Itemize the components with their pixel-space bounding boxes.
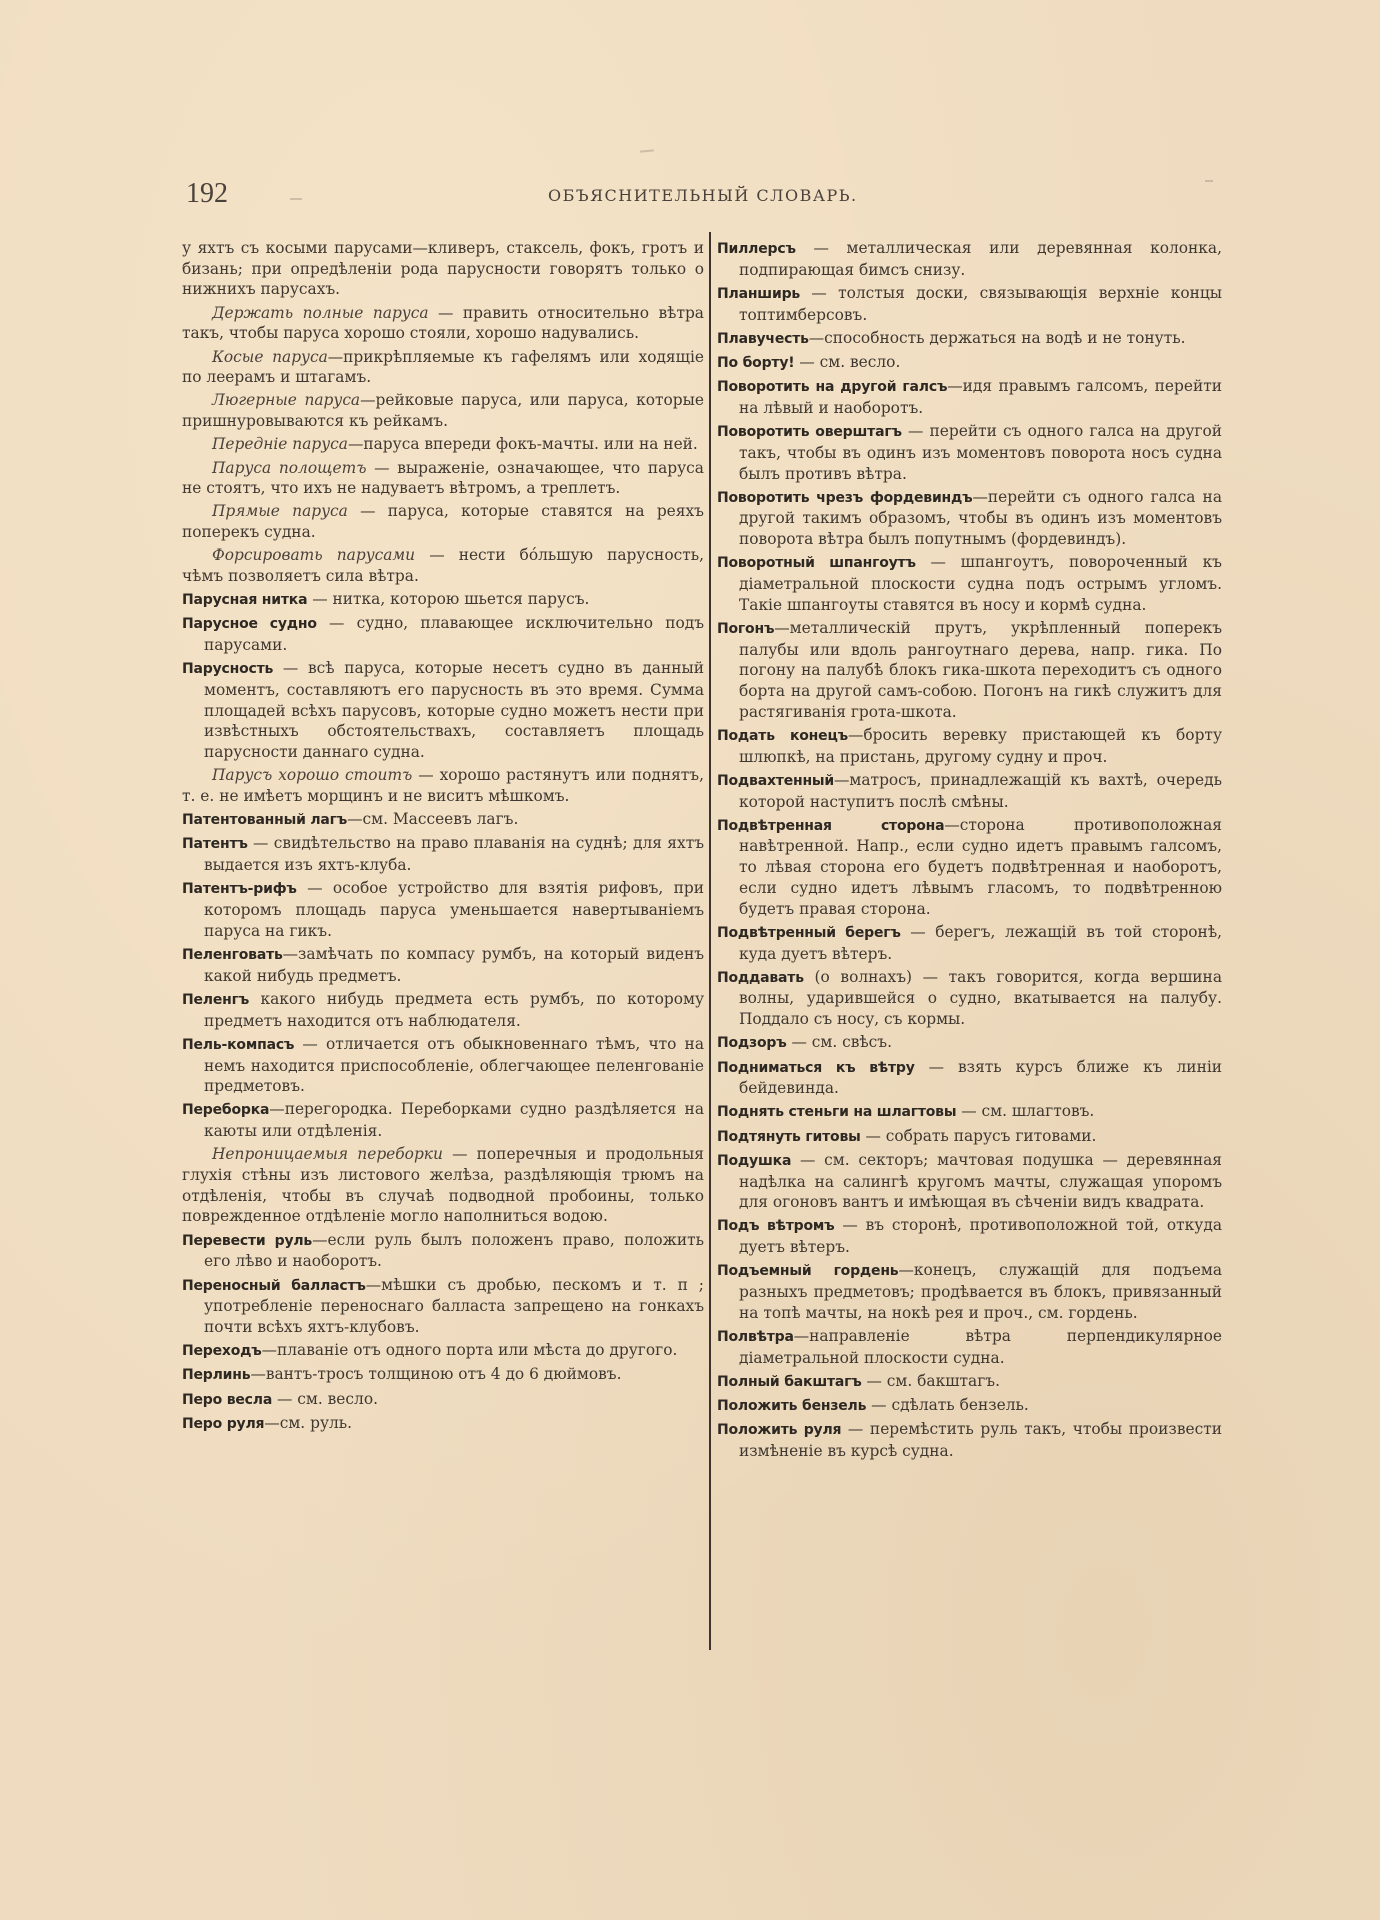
dictionary-entry: Пель-компасъ — отличается отъ обыкновенн… [182,1034,704,1097]
dictionary-entry: Поддавать (о волнахъ) — такъ говорится, … [717,967,1222,1030]
entry-term: Парусность [182,661,273,677]
entry-definition: — толстыя доски, связывающія верхніе кон… [739,284,1222,324]
entry-definition: — собрать парусъ гитовами. [861,1127,1097,1145]
entry-term: Перо руля [182,1416,264,1432]
entry-term: Подать конецъ [717,728,848,744]
dictionary-entry: Паруса полощетъ — выраженіе, означающее,… [182,458,704,499]
entry-term: Положить руля [717,1422,841,1438]
entry-term: Полвѣтра [717,1329,794,1345]
dictionary-entry: Погонъ—металлическій прутъ, укрѣпленный … [717,618,1222,723]
dictionary-entry: Пеленгъ какого нибудь предмета есть румб… [182,989,704,1031]
paper-speck [290,198,302,200]
entry-term: Поворотить на другой галсъ [717,379,947,395]
subentry-term: Парусъ хорошо стоитъ [212,766,412,784]
dictionary-entry: Положить руля — перемѣстить руль такъ, ч… [717,1419,1222,1461]
entry-term: По борту! [717,355,794,371]
dictionary-entry: Поворотить на другой галсъ—идя правымъ г… [717,376,1222,418]
entry-definition: (о волнахъ) — такъ говорится, когда верш… [739,968,1222,1028]
entry-term: Переборка [182,1102,269,1118]
dictionary-entry: Подвѣтренная сторона—сторона противополо… [717,815,1222,920]
entry-definition: — см. бакштагъ. [862,1372,1000,1390]
dictionary-entry: Перо весла — см. весло. [182,1389,704,1411]
dictionary-entry: Подушка — см. секторъ; мачтовая подушка … [717,1150,1222,1213]
dictionary-entry: Парусъ хорошо стоитъ — хорошо растянутъ … [182,765,704,806]
running-head: объяснительный словарь. [548,186,858,205]
entry-term: Подвѣтренный берегъ [717,925,901,941]
dictionary-entry: Подвахтенный—матросъ, принадлежащій къ в… [717,770,1222,812]
entry-term: Патентъ-рифъ [182,881,297,897]
entry-term: Перо весла [182,1392,272,1408]
entry-term: Парусное судно [182,616,317,632]
entry-term: Поворотить чрезъ фордевиндъ [717,490,972,506]
dictionary-entry: Подать конецъ—бросить веревку пристающей… [717,725,1222,767]
dictionary-entry: Перо руля—см. руль. [182,1413,704,1435]
entry-term: Пель-компасъ [182,1037,294,1053]
entry-term: Подзоръ [717,1035,787,1051]
dictionary-entry: Подъ вѣтромъ — въ сторонѣ, противоположн… [717,1215,1222,1257]
dictionary-entry: Люгерные паруса—рейковые паруса, или пар… [182,390,704,431]
entry-definition: — см. весло. [794,353,900,371]
dictionary-entry: Перевести руль—если руль былъ положенъ п… [182,1230,704,1272]
dictionary-entry: Полвѣтра—направленіе вѣтра перпендикуляр… [717,1326,1222,1368]
entry-term: Подъемный гордень [717,1263,898,1279]
dictionary-entry: Переборка—перегородка. Переборками судно… [182,1099,704,1141]
paper-speck [1205,180,1213,182]
entry-term: Патентъ [182,836,248,852]
dictionary-entry: Поворотить оверштагъ — перейти съ одного… [717,421,1222,484]
dictionary-entry: Поднять стеньги на шлагтовы — см. шлагто… [717,1101,1222,1123]
entry-term: Перлинь [182,1367,250,1383]
dictionary-entry: Подвѣтренный берегъ — берегъ, лежащій въ… [717,922,1222,964]
entry-term: Подушка [717,1153,791,1169]
entry-term: Переходъ [182,1343,262,1359]
dictionary-entry: Полный бакштагъ — см. бакштагъ. [717,1371,1222,1393]
subentry-term: Косые паруса [212,348,328,366]
dictionary-entry: Подниматься къ вѣтру — взять курсъ ближе… [717,1057,1222,1099]
dictionary-entry: Пиллерсъ — металлическая или деревянная … [717,238,1222,280]
entry-definition: —направленіе вѣтра перпендикулярное діам… [739,1327,1222,1367]
entry-term: Патентованный лагъ [182,812,347,828]
entry-definition: —перегородка. Переборками судно раздѣляе… [204,1100,704,1140]
dictionary-entry: По борту! — см. весло. [717,352,1222,374]
entry-term: Переносный балластъ [182,1278,366,1294]
dictionary-entry: у яхтъ съ косыми парусами—кливеръ, стакс… [182,238,704,300]
entry-definition: —плаваніе отъ одного порта или мѣста до … [262,1341,678,1359]
entry-term: Погонъ [717,621,774,637]
entry-term: Положить бензель [717,1398,866,1414]
entry-definition: —см. Массеевъ лагъ. [347,810,518,828]
entry-definition: — см. весло. [272,1390,378,1408]
subentry-term: Непроницаемыя переборки [212,1145,443,1163]
dictionary-entry: Подтянуть гитовы — собрать парусъ гитова… [717,1126,1222,1148]
subentry-term: Передніе паруса [212,435,348,453]
right-column: Пиллерсъ — металлическая или деревянная … [717,238,1222,1464]
dictionary-entry: Держать полные паруса — править относите… [182,303,704,344]
entry-definition: — металлическая или деревянная колонка, … [739,239,1222,279]
entry-term: Подвѣтренная сторона [717,818,944,834]
entry-term: Плавучесть [717,331,809,347]
dictionary-entry: Поворотный шпангоутъ — шпангоутъ, поворо… [717,552,1222,615]
dictionary-entry: Прямые паруса — паруса, которые ставятся… [182,501,704,542]
entry-term: Подтянуть гитовы [717,1129,861,1145]
entry-definition: — нитка, которою шьется парусъ. [307,590,589,608]
entry-term: Поднять стеньги на шлагтовы [717,1104,956,1120]
entry-definition: — сдѣлать бензель. [866,1396,1028,1414]
dictionary-entry: Парусное судно — судно, плавающее исключ… [182,613,704,655]
dictionary-entry: Патентованный лагъ—см. Массеевъ лагъ. [182,809,704,831]
column-divider [709,232,711,1650]
entry-term: Пеленгъ [182,992,249,1008]
entry-definition: —паруса впереди фокъ-мачты. или на ней. [348,435,698,453]
dictionary-entry: Положить бензель — сдѣлать бензель. [717,1395,1222,1417]
dictionary-entry: Пеленговать—замѣчать по компасу румбъ, н… [182,944,704,986]
paper-speck [640,149,654,152]
entry-term: Пеленговать [182,947,283,963]
dictionary-entry: Плавучесть—способность держаться на водѣ… [717,328,1222,350]
entry-term: Поворотный шпангоутъ [717,555,916,571]
entry-term: Подвахтенный [717,773,834,789]
dictionary-entry: Парусная нитка — нитка, которою шьется п… [182,589,704,611]
dictionary-entry: Патентъ — свидѣтельство на право плавані… [182,833,704,875]
dictionary-entry: Переносный балластъ—мѣшки съ дробью, пес… [182,1275,704,1338]
entry-term: Перевести руль [182,1233,312,1249]
dictionary-entry: Подзоръ — см. свѣсъ. [717,1032,1222,1054]
dictionary-entry: Косые паруса—прикрѣпляемые къ гафелямъ и… [182,347,704,388]
dictionary-entry: Подъемный гордень—конецъ, служащій для п… [717,1260,1222,1323]
dictionary-entry: Форсировать парусами — нести бóльшую пар… [182,545,704,586]
entry-definition: —вантъ-тросъ толщиною отъ 4 до 6 дюймовъ… [250,1365,621,1383]
entry-term: Пиллерсъ [717,241,796,257]
entry-term: Полный бакштагъ [717,1374,862,1390]
entry-definition: — см. шлагтовъ. [956,1102,1094,1120]
entry-term: Поворотить оверштагъ [717,424,902,440]
entry-definition: —см. руль. [264,1414,352,1432]
subentry-term: Держать полные паруса [212,304,429,322]
left-column: у яхтъ съ косыми парусами—кливеръ, стакс… [182,238,704,1437]
dictionary-entry: Переходъ—плаваніе отъ одного порта или м… [182,1340,704,1362]
subentry-term: Форсировать парусами [212,546,415,564]
entry-definition: —способность держаться на водѣ и не тону… [809,329,1186,347]
entry-definition: —металлическій прутъ, укрѣпленный попере… [739,619,1222,721]
entry-term: Подъ вѣтромъ [717,1218,834,1234]
dictionary-entry: Непроницаемыя переборки — поперечныя и п… [182,1144,704,1227]
entry-term: Планширь [717,286,800,302]
entry-definition: — см. секторъ; мачтовая подушка — деревя… [739,1151,1222,1211]
entry-definition: у яхтъ съ косыми парусами—кливеръ, стакс… [182,239,704,298]
dictionary-entry: Патентъ-рифъ — особое устройство для взя… [182,878,704,941]
page-number: 192 [186,178,228,210]
entry-definition: какого нибудь предмета есть румбъ, по ко… [204,990,704,1030]
dictionary-entry: Парусность — всѣ паруса, которые несетъ … [182,658,704,763]
entry-definition: — всѣ паруса, которые несетъ судно въ да… [204,659,704,761]
entry-definition: — см. свѣсъ. [787,1033,892,1051]
entry-term: Подниматься къ вѣтру [717,1060,915,1076]
subentry-term: Паруса полощетъ [212,459,366,477]
dictionary-entry: Перлинь—вантъ-тросъ толщиною отъ 4 до 6 … [182,1364,704,1386]
dictionary-entry: Поворотить чрезъ фордевиндъ—перейти съ о… [717,487,1222,550]
subentry-term: Люгерные паруса [212,391,360,409]
subentry-term: Прямые паруса [212,502,348,520]
dictionary-entry: Планширь — толстыя доски, связывающія ве… [717,283,1222,325]
entry-term: Парусная нитка [182,592,307,608]
entry-definition: — свидѣтельство на право плаванія на суд… [204,834,704,874]
dictionary-entry: Передніе паруса—паруса впереди фокъ-мачт… [182,434,704,455]
entry-term: Поддавать [717,970,804,986]
